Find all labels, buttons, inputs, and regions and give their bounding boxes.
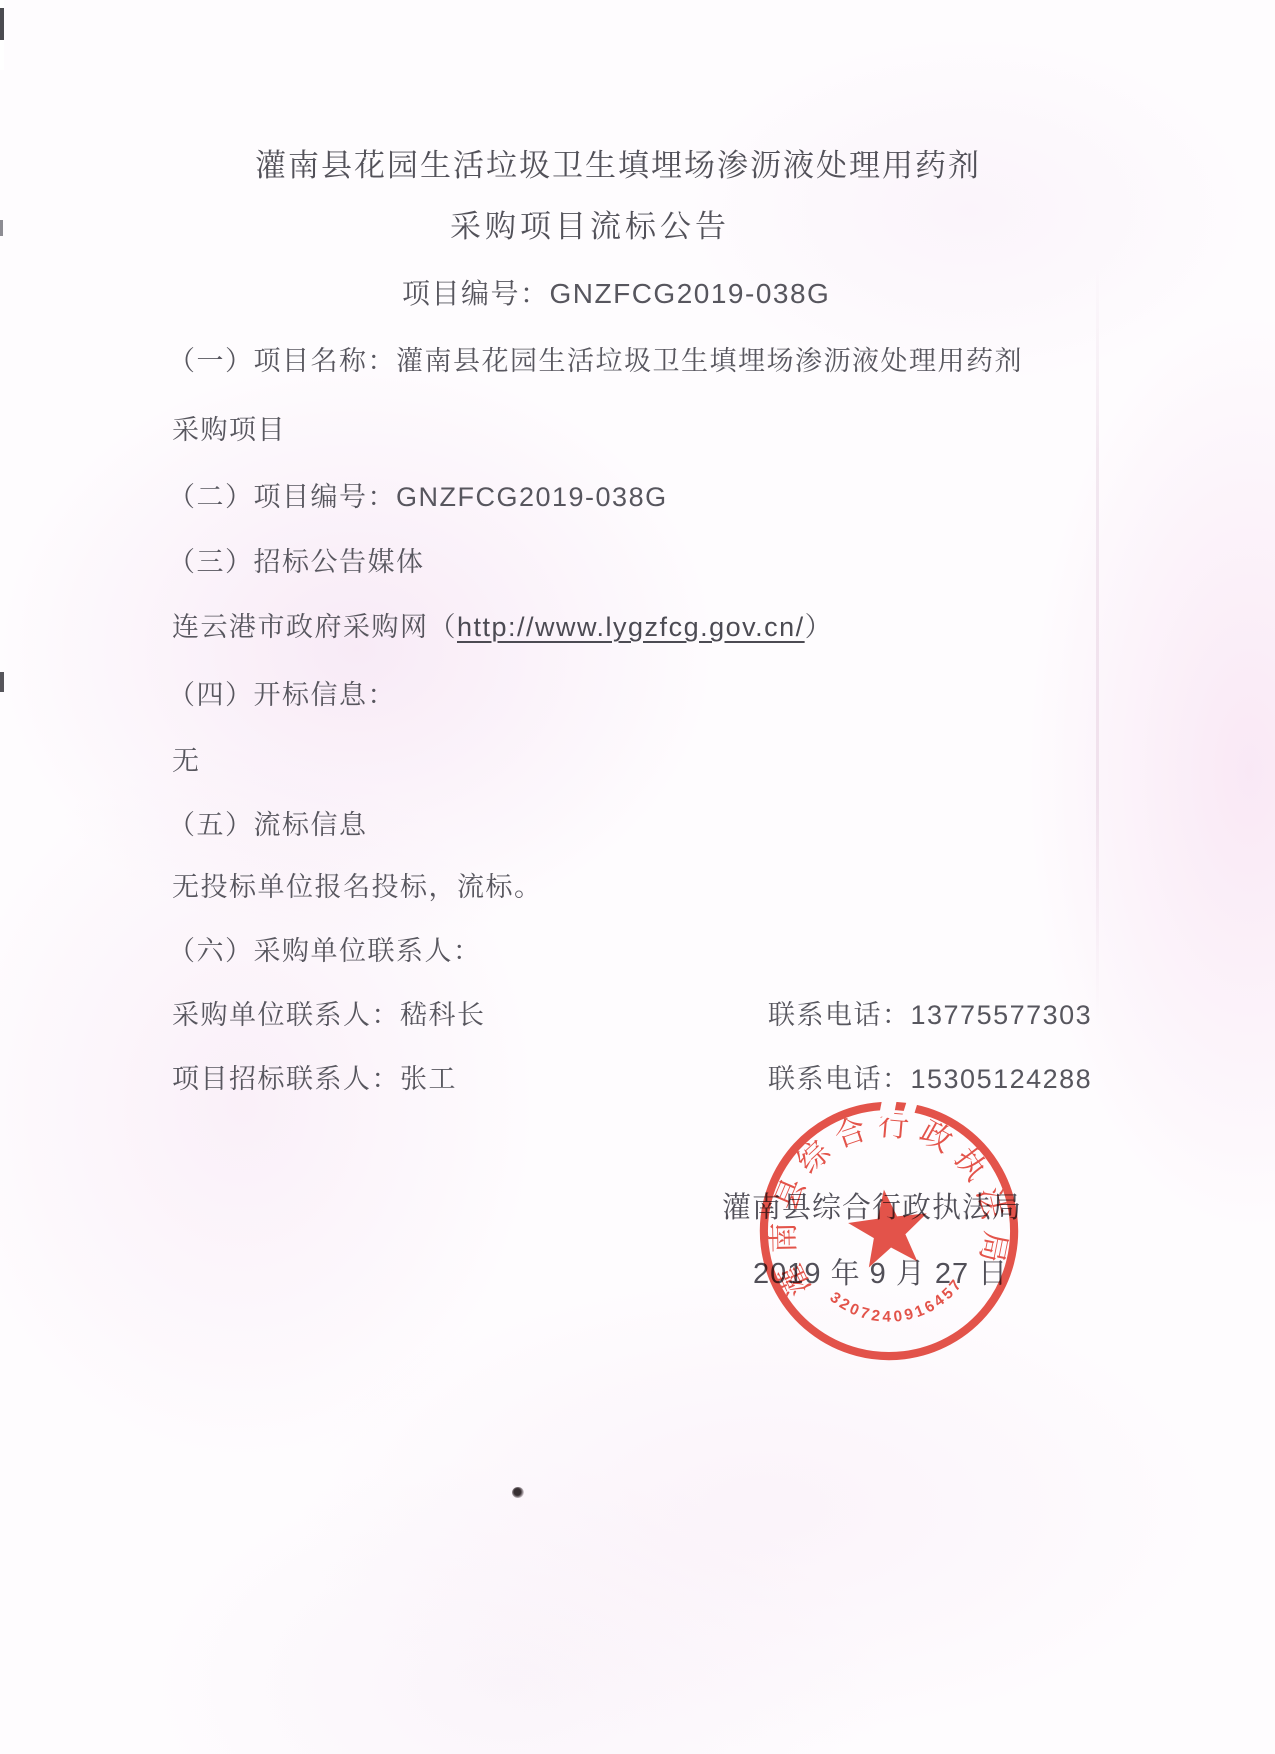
project-number-line: 项目编号：GNZFCG2019-038G [402, 280, 830, 308]
bid-opening-none: 无 [172, 748, 201, 775]
section-item-5: （五）流标信息 [168, 812, 368, 839]
document-title-line1: 灌南县花园生活垃圾卫生填埋场渗沥液处理用药剂 [255, 150, 981, 181]
section-item-1-continued: 采购项目 [172, 417, 286, 444]
paper-crease [1096, 260, 1099, 1020]
section-item-6: （六）采购单位联系人： [168, 938, 482, 965]
official-seal-stamp: 灌南县综合行政执法局 3207240916457 [737, 1079, 1040, 1382]
svg-text:3207240916457: 3207240916457 [825, 1273, 971, 1333]
section-item-1: （一）项目名称：灌南县花园生活垃圾卫生填埋场渗沥液处理用药剂 [168, 348, 1023, 375]
document-title-line2: 采购项目流标公告 [450, 211, 730, 242]
failure-note: 无投标单位报名投标，流标。 [172, 874, 543, 901]
contact-1-name: 采购单位联系人：嵇科长 [172, 1002, 486, 1029]
section-item-4: （四）开标信息： [168, 682, 396, 709]
ink-dot-artifact [512, 1487, 524, 1498]
seal-star-icon [845, 1185, 933, 1270]
scan-edge-artifact [0, 8, 4, 40]
media-line: 连云港市政府采购网（http://www.lygzfcg.gov.cn/） [172, 614, 833, 641]
section-item-2: （二）项目编号：GNZFCG2019-038G [168, 484, 668, 511]
media-site-name: 连云港市政府采购网（ [172, 612, 457, 642]
scan-edge-artifact [0, 672, 4, 692]
section-item-3: （三）招标公告媒体 [168, 549, 425, 576]
scanned-document-page: 灌南县花园生活垃圾卫生填埋场渗沥液处理用药剂 采购项目流标公告 项目编号：GNZ… [0, 0, 1275, 1754]
procurement-site-link[interactable]: http://www.lygzfcg.gov.cn/ [457, 612, 805, 642]
seal-code-text: 3207240916457 [825, 1273, 971, 1333]
contact-2-name: 项目招标联系人：张工 [172, 1066, 457, 1093]
contact-1-phone: 联系电话：13775577303 [768, 1002, 1092, 1029]
media-line-suffix: ） [805, 612, 834, 642]
scan-edge-artifact [0, 220, 3, 236]
